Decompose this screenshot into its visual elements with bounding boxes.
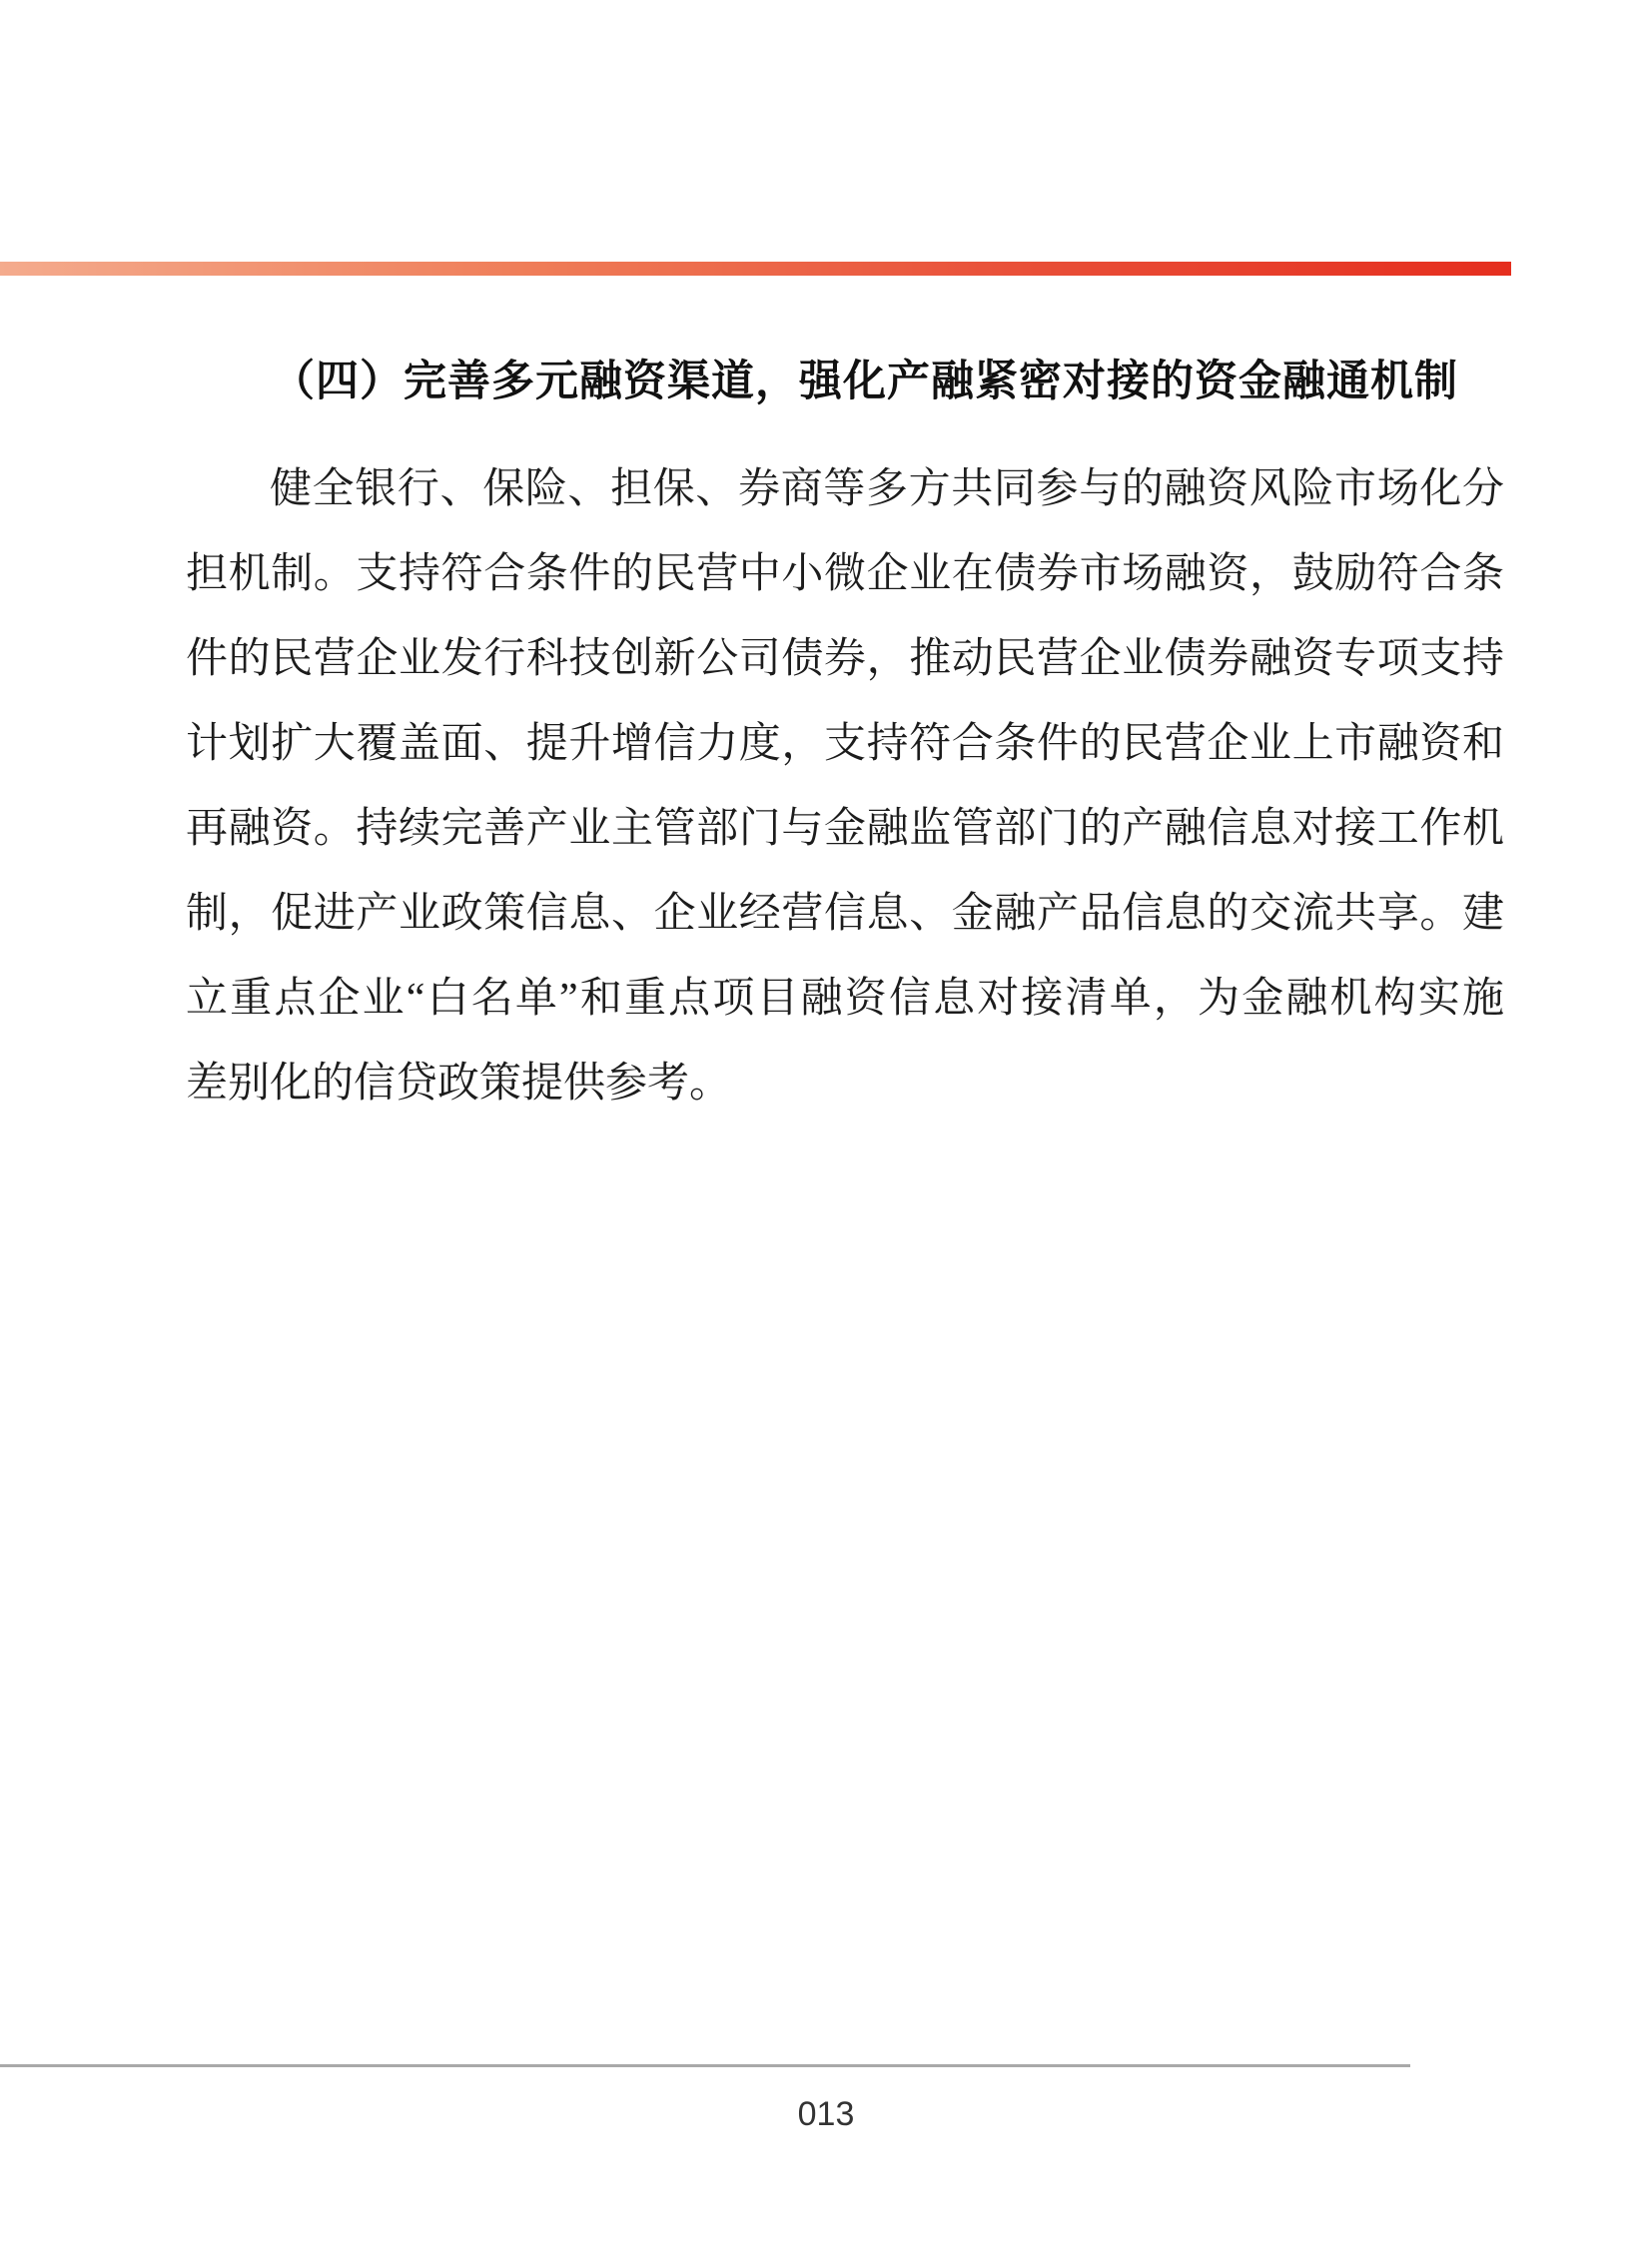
paragraph-line: 制，促进产业政策信息、企业经营信息、金融产品信息的交流共享。建	[186, 872, 1504, 957]
paragraph-line: 再融资。持续完善产业主管部门与金融监管部门的产融信息对接工作机	[186, 787, 1504, 872]
page-number: 013	[0, 2095, 1652, 2134]
paragraph-line: 健全银行、保险、担保、券商等多方共同参与的融资风险市场化分	[186, 447, 1504, 532]
paragraph-line: 件的民营企业发行科技创新公司债券，推动民营企业债券融资专项支持	[186, 617, 1504, 702]
paragraph-line: 担机制。支持符合条件的民营中小微企业在债券市场融资，鼓励符合条	[186, 532, 1504, 617]
paragraph-line: 差别化的信贷政策提供参考。	[186, 1042, 1504, 1126]
paragraph-line: 计划扩大覆盖面、提升增信力度，支持符合条件的民营企业上市融资和	[186, 702, 1504, 787]
top-accent-bar	[0, 262, 1511, 276]
paragraph-line: 立重点企业“白名单”和重点项目融资信息对接清单，为金融机构实施	[186, 957, 1504, 1042]
section-heading: （四）完善多元融资渠道，强化产融紧密对接的资金融通机制	[186, 352, 1504, 413]
body-paragraph: 健全银行、保险、担保、券商等多方共同参与的融资风险市场化分 担机制。支持符合条件…	[186, 447, 1504, 1126]
document-page: （四）完善多元融资渠道，强化产融紧密对接的资金融通机制 健全银行、保险、担保、券…	[0, 0, 1652, 2241]
footer-divider	[0, 2064, 1410, 2067]
